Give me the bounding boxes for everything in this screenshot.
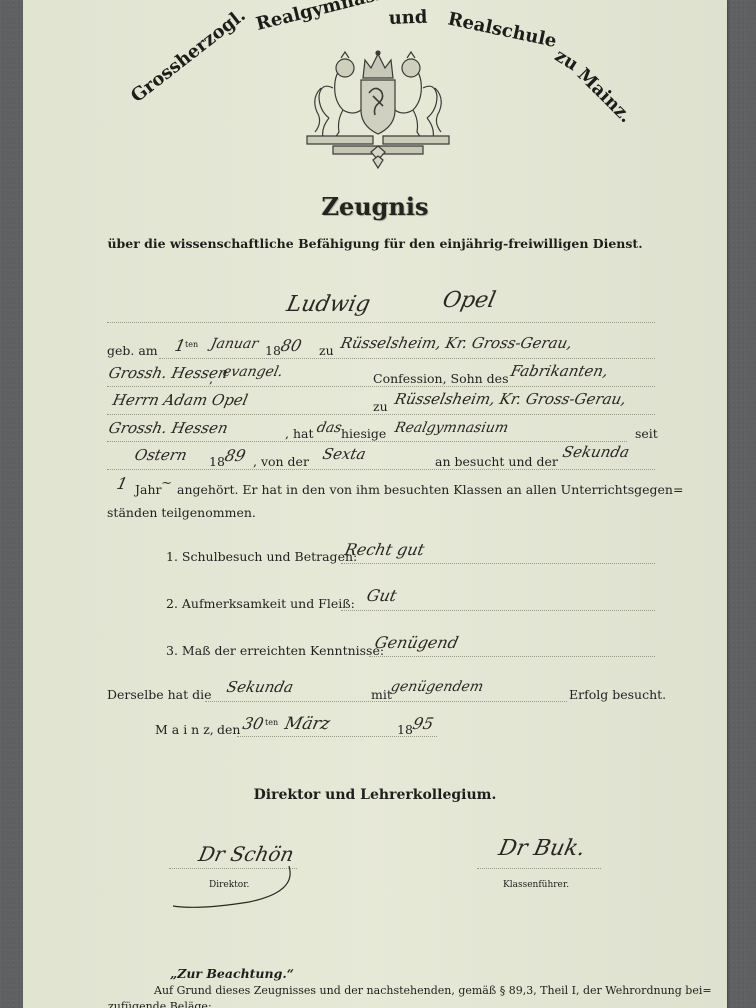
years-attended: 1: [115, 474, 129, 493]
result-label-prefix: Derselbe hat die: [107, 687, 211, 702]
label-jahr: Jahr: [135, 482, 162, 497]
date-year-suffix: 95: [411, 714, 435, 733]
note-line-1: Auf Grund dieses Zeugnisses und der nach…: [154, 984, 712, 997]
certificate-paper: Grossherzogl. Realgymnasium und Realschu…: [23, 0, 727, 1008]
date-month: März: [283, 714, 332, 734]
arch-word-1: Grossherzogl.: [127, 5, 250, 107]
label-seit: seit: [635, 426, 658, 441]
birth-year-suffix: 80: [279, 336, 303, 355]
result-label-suffix: Erfolg besucht.: [569, 687, 666, 702]
entry-year-suffix: 89: [223, 446, 247, 465]
grade-value-3: Genügend: [373, 633, 460, 652]
jahr-suffix: ~: [159, 476, 173, 491]
note-heading: „Zur Beachtung.“: [170, 966, 294, 981]
grade-label-2: 2. Aufmerksamkeit und Fleiß:: [166, 596, 355, 611]
signature-line-class-leader: [477, 868, 601, 869]
current-class: Sekunda: [561, 443, 631, 461]
label-hat: , hat: [285, 426, 313, 441]
arch-word-4: Realschule: [446, 8, 558, 52]
school-article: das: [315, 420, 343, 436]
grade-value-2: Gut: [365, 586, 399, 605]
birth-year-prefix: 18: [265, 343, 281, 358]
line-3-dots: [107, 414, 655, 415]
date-day-suffix: ten: [265, 718, 278, 727]
birth-day-suffix: ten: [185, 340, 198, 349]
label-zu-2: zu: [373, 399, 388, 414]
father-place: Rüsselsheim, Kr. Gross-Gerau,: [393, 390, 628, 408]
confession-value: evangel.: [221, 364, 284, 380]
signature-class-leader-role: Klassenführer.: [503, 880, 569, 890]
label-besucht: an besucht und der: [435, 454, 558, 469]
signatures-heading: Direktor und Lehrerkollegium.: [23, 787, 727, 803]
grade-value-1: Recht gut: [343, 540, 426, 559]
document-subtitle: über die wissenschaftliche Befähigung fü…: [23, 236, 727, 251]
signature-class-leader-name: Dr Buk.: [496, 836, 587, 861]
grade-label-3: 3. Maß der erreichten Kenntnisse:: [166, 643, 384, 658]
result-class: Sekunda: [225, 678, 295, 696]
birth-place: Rüsselsheim, Kr. Gross-Gerau,: [339, 334, 574, 352]
school-type: Realgymnasium: [393, 420, 510, 436]
date-day: 30: [241, 714, 265, 733]
line-2-dots: [107, 386, 655, 387]
result-line: [205, 701, 567, 702]
date-city: M a i n z,: [155, 722, 214, 737]
signature-director-role: Direktor.: [209, 880, 249, 890]
student-last-name: Opel: [440, 288, 498, 313]
line-7-text: ständen teilgenommen.: [107, 505, 256, 520]
grade-line-3: [369, 656, 655, 657]
entry-season: Ostern: [133, 446, 189, 464]
label-geb: geb. am: [107, 343, 158, 358]
student-first-name: Ludwig: [284, 292, 372, 317]
line-6-text: angehört. Er hat in den von ihm besuchte…: [177, 482, 683, 497]
line-1-dots: [159, 358, 655, 359]
note-line-2: zufügende Beläge:: [108, 1000, 212, 1008]
label-hiesige: hiesige: [341, 426, 386, 441]
arch-word-5: zu: [551, 45, 582, 75]
line2-separator: ,: [209, 371, 213, 386]
grade-line-1: [341, 563, 655, 564]
label-confession: Confession, Sohn des: [373, 371, 509, 386]
coat-of-arms-icon: [293, 48, 463, 172]
result-outcome: genügendem: [389, 679, 484, 695]
signature-line-director: [169, 868, 297, 869]
entry-class: Sexta: [321, 445, 367, 463]
birth-month: Januar: [209, 336, 259, 352]
father-state: Grossh. Hessen: [107, 419, 229, 437]
line-5-dots: [107, 469, 655, 470]
father-name: Herrn Adam Opel: [111, 391, 249, 409]
arch-word-3: und: [388, 7, 427, 29]
grade-line-2: [341, 610, 655, 611]
label-von-der: , von der: [253, 454, 309, 469]
arch-word-6: Mainz.: [573, 64, 636, 127]
date-line: [237, 736, 437, 737]
date-label-den: den: [217, 722, 240, 737]
label-zu-1: zu: [319, 343, 334, 358]
father-occupation: Fabrikanten,: [509, 362, 610, 380]
name-line: [107, 322, 655, 323]
grade-label-1: 1. Schulbesuch und Betragen:: [166, 549, 357, 564]
document-title: Zeugnis: [23, 192, 727, 221]
line-4-dots: [107, 441, 627, 442]
